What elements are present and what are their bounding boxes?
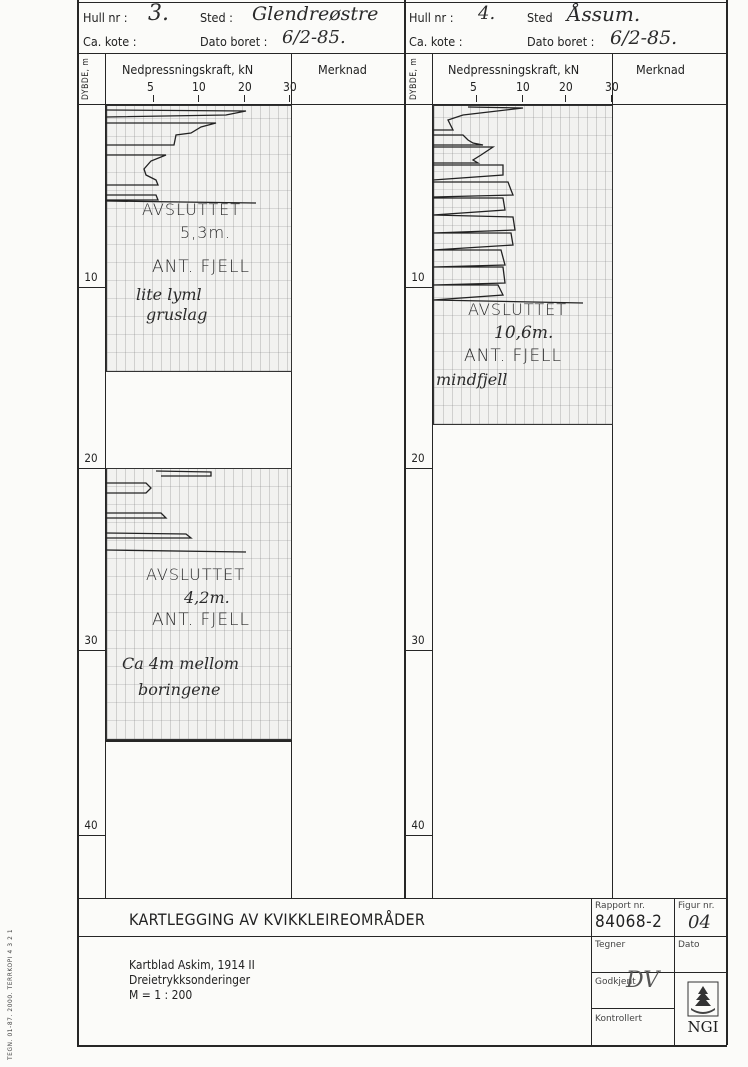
depth-label: 40 xyxy=(78,818,104,832)
sted-label-right: Sted xyxy=(527,10,553,25)
note-right-fjell: ANT. FJELL xyxy=(464,346,562,366)
note-left-1-remark-a: lite lyml xyxy=(136,285,202,304)
depth-rule xyxy=(78,287,105,288)
sted-value-left: Glendreøstre xyxy=(252,3,404,25)
force-tick-mark xyxy=(289,95,290,102)
note-right-remark: mindfjell xyxy=(436,370,507,389)
footer-scale: M = 1 : 200 xyxy=(129,988,192,1003)
frame-left-border xyxy=(77,0,79,1045)
hull-label-left: Hull nr : xyxy=(83,10,128,25)
ngi-logo-text: NGI xyxy=(686,1018,720,1036)
footer-map-sheet: Kartblad Askim, 1914 II xyxy=(129,958,255,973)
depth-label: 20 xyxy=(78,451,104,465)
note-left-2-remark-b: boringene xyxy=(138,680,220,699)
dato-value-right: 6/2-85. xyxy=(610,27,677,49)
dato-label-left: Dato boret : xyxy=(200,34,267,49)
force-tick-mark xyxy=(522,95,523,102)
frame-middle-border xyxy=(404,0,406,898)
force-tick-mark xyxy=(153,95,154,102)
sounding-trace-left-2 xyxy=(106,468,290,548)
kote-label-left: Ca. kote : xyxy=(83,34,137,49)
note-left-1-avsluttet: AVSLUTTET xyxy=(142,200,241,219)
footer-project-title: KARTLEGGING AV KVIKKLEIREOMRÅDER xyxy=(129,910,425,929)
force-tick-mark xyxy=(244,95,245,102)
depth-rule xyxy=(78,835,105,836)
hull-value-left: 3. xyxy=(148,1,169,26)
force-tick-mark xyxy=(611,95,612,102)
note-left-2-avsluttet: AVSLUTTET xyxy=(146,565,245,584)
force-tick-label: 30 xyxy=(605,80,619,94)
force-tick-mark xyxy=(198,95,199,102)
sounding-trace-left-1 xyxy=(106,105,290,205)
depth-rule xyxy=(405,650,432,651)
print-margin-note: TEGN. 01-87. 2000. TERRKOPI 4 3 2 1 xyxy=(6,929,14,1060)
dato-footer-label: Dato xyxy=(678,940,699,950)
sted-label-left: Sted : xyxy=(200,10,233,25)
force-axis-label-right: Nedpressningskraft, kN xyxy=(448,62,579,77)
depth-axis-label-left: DYBDE, m xyxy=(81,58,91,100)
godkjent-initials: DV xyxy=(626,968,659,993)
footer-godkjent-divider xyxy=(591,1008,674,1009)
note-left-2-remark-a: Ca 4m mellom xyxy=(122,654,239,673)
note-left-2-fjell: ANT. FJELL xyxy=(152,610,250,630)
note-left-2-depth: 4,2m. xyxy=(184,588,230,607)
depth-label: 10 xyxy=(405,270,431,284)
dato-value-left: 6/2-85. xyxy=(282,27,346,48)
hull-value-right: 4. xyxy=(478,3,495,24)
frame-right-border xyxy=(726,0,728,1045)
depth-rule xyxy=(405,468,432,469)
force-tick-label: 20 xyxy=(238,80,252,94)
remark-header-right: Merknad xyxy=(636,62,685,77)
note-left-1-depth: 5,3m. xyxy=(180,223,231,242)
hull-label-right: Hull nr : xyxy=(409,10,454,25)
force-tick-label: 10 xyxy=(192,80,206,94)
note-right-avsluttet: AVSLUTTET xyxy=(468,300,567,319)
tegner-label: Tegner xyxy=(595,940,625,950)
figur-label: Figur nr. xyxy=(678,901,714,911)
footer-bottom-border xyxy=(77,1045,727,1047)
force-axis-label-left: Nedpressningskraft, kN xyxy=(122,62,253,77)
note-left-1-remark-b: gruslag xyxy=(146,305,207,324)
note-left-1-fjell: ANT. FJELL xyxy=(152,257,250,277)
depth-label: 30 xyxy=(405,633,431,647)
profile-end-line-left-2 xyxy=(106,740,292,742)
footer-top-border xyxy=(77,898,727,899)
figur-number: 04 xyxy=(688,912,711,933)
depth-rule xyxy=(405,835,432,836)
rapport-number: 84068-2 xyxy=(595,912,662,932)
sted-value-right: Åssum. xyxy=(567,2,640,26)
header-divider xyxy=(77,53,727,54)
kote-label-right: Ca. kote : xyxy=(409,34,463,49)
force-tick-label: 30 xyxy=(283,80,297,94)
kontrollert-label: Kontrollert xyxy=(595,1014,642,1024)
depth-label: 20 xyxy=(405,451,431,465)
rapport-label: Rapport nr. xyxy=(595,901,645,911)
depth-label: 40 xyxy=(405,818,431,832)
force-tick-mark xyxy=(476,95,477,102)
force-tick-label: 5 xyxy=(470,80,477,94)
depth-label: 30 xyxy=(78,633,104,647)
tree-icon xyxy=(686,980,720,1020)
footer-method: Dreietrykksonderinger xyxy=(129,973,250,988)
force-tick-mark xyxy=(565,95,566,102)
note-right-depth: 10,6m. xyxy=(494,323,553,343)
depth-axis-label-right: DYBDE, m xyxy=(409,58,419,100)
ngi-logo: NGI xyxy=(686,980,720,1040)
depth-rule xyxy=(405,287,432,288)
depth-rule xyxy=(78,468,105,469)
depth-rule xyxy=(78,650,105,651)
force-tick-label: 10 xyxy=(516,80,530,94)
remark-header-left: Merknad xyxy=(318,62,367,77)
footer-title-divider xyxy=(77,936,727,937)
force-tick-label: 5 xyxy=(147,80,154,94)
dato-label-right: Dato boret : xyxy=(527,34,594,49)
force-tick-label: 20 xyxy=(559,80,573,94)
depth-label: 10 xyxy=(78,270,104,284)
sounding-trace-right xyxy=(433,105,611,305)
